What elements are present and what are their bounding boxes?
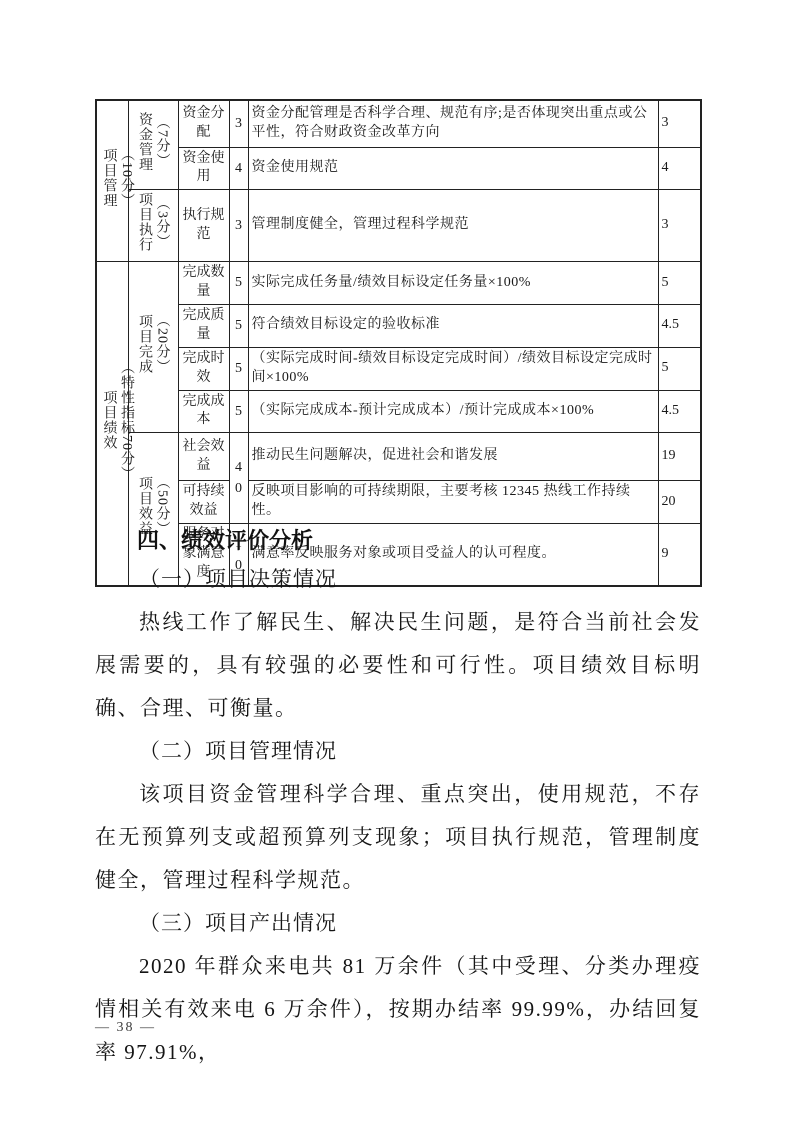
score-cell: 3 (658, 100, 701, 147)
indicator-cell: 完成质量 (178, 304, 229, 347)
weight-value: 4 (233, 158, 244, 180)
weight-value: 5 (233, 358, 244, 380)
criteria-cell: 符合绩效目标设定的验收标准 (248, 304, 658, 347)
weight-value: 5 (233, 272, 244, 294)
performance-score-table: 项目管理 （10分） 资金管理 （7分） 资金分配 3 资金分配管理是否科学合理… (95, 99, 702, 587)
table-row: 资金使用 4 资金使用规范 4 (96, 147, 701, 190)
level2-name: 项目完成 (136, 313, 154, 374)
table-row: 项目绩效 （特性指标70分） 项目完成 （20分） 完成数量 5 实际完成任务量… (96, 262, 701, 305)
level2-score: （20分） (153, 313, 171, 374)
analysis-section: 四、绩效评价分析 （一）项目决策情况 热线工作了解民生、解决民生问题，是符合当前… (95, 524, 701, 1074)
weight-value: 5 (233, 315, 244, 337)
table-row: 项目管理 （10分） 资金管理 （7分） 资金分配 3 资金分配管理是否科学合理… (96, 100, 701, 147)
indicator-cell: 可持续效益 (178, 481, 229, 524)
table-row: 项目执行 （3分） 执行规范 3 管理制度健全，管理过程科学规范 3 (96, 190, 701, 262)
paragraph-decision: 热线工作了解民生、解决民生问题，是符合当前社会发展需要的，具有较强的必要性和可行… (95, 601, 701, 730)
page-number: — 38 — (95, 1020, 156, 1036)
subsection-title-output: （三）项目产出情况 (95, 902, 701, 945)
level2-name: 资金管理 (136, 112, 154, 172)
weight-cell: 5 (229, 262, 248, 305)
paragraph-output: 2020 年群众来电共 81 万余件（其中受理、分类办理疫情相关有效来电 6 万… (95, 945, 701, 1074)
level1-name: 项目绩效 (100, 360, 118, 481)
criteria-cell: 资金分配管理是否科学合理、规范有序;是否体现突出重点或公平性，符合财政资金改革方… (248, 100, 658, 147)
criteria-cell: 推动民生问题解决，促进社会和谐发展 (248, 433, 658, 481)
vertical-label: 项目管理 （10分） (100, 147, 135, 208)
weight-cell: 4 (229, 147, 248, 190)
weight-value: 3 (233, 113, 244, 135)
indicator-cell: 完成成本 (178, 390, 229, 433)
weight-cell: 5 (229, 347, 248, 390)
table-row: 完成成本 5 （实际完成成本-预计完成成本）/预计完成成本×100% 4.5 (96, 390, 701, 433)
weight-cell-merged: 40 (229, 433, 248, 524)
criteria-cell: 实际完成任务量/绩效目标设定任务量×100% (248, 262, 658, 305)
score-cell: 4 (658, 147, 701, 190)
document-page: 项目管理 （10分） 资金管理 （7分） 资金分配 3 资金分配管理是否科学合理… (0, 0, 793, 1122)
indicator-cell: 资金分配 (178, 100, 229, 147)
weight-cell: 5 (229, 304, 248, 347)
weight-cell: 5 (229, 390, 248, 433)
indicator-cell: 社会效益 (178, 433, 229, 481)
level1-cell-project-management: 项目管理 （10分） (96, 100, 128, 262)
level2-cell-fund-management: 资金管理 （7分） (128, 100, 178, 190)
vertical-label: 资金管理 （7分） (136, 112, 171, 172)
score-cell: 20 (658, 481, 701, 524)
level1-score: （10分） (118, 147, 136, 208)
criteria-cell: 管理制度健全，管理过程科学规范 (248, 190, 658, 262)
level2-cell-project-completion: 项目完成 （20分） (128, 262, 178, 433)
score-cell: 3 (658, 190, 701, 262)
subsection-title-decision: （一）项目决策情况 (95, 558, 701, 601)
score-cell: 4.5 (658, 304, 701, 347)
criteria-cell: （实际完成时间-绩效目标设定完成时间）/绩效目标设定完成时间×100% (248, 347, 658, 390)
score-cell: 19 (658, 433, 701, 481)
table-row: 完成质量 5 符合绩效目标设定的验收标准 4.5 (96, 304, 701, 347)
indicator-cell: 完成数量 (178, 262, 229, 305)
table-row: 完成时效 5 （实际完成时间-绩效目标设定完成时间）/绩效目标设定完成时间×10… (96, 347, 701, 390)
level2-score: （3分） (153, 192, 171, 252)
table-row: 可持续效益 反映项目影响的可持续期限，主要考核 12345 热线工作持续性。 2… (96, 481, 701, 524)
indicator-cell: 执行规范 (178, 190, 229, 262)
level2-name: 项目执行 (136, 192, 154, 252)
score-cell: 5 (658, 347, 701, 390)
indicator-cell: 资金使用 (178, 147, 229, 190)
level2-cell-project-execution: 项目执行 （3分） (128, 190, 178, 262)
level2-score: （7分） (153, 112, 171, 172)
vertical-label: 项目执行 （3分） (136, 192, 171, 252)
subsection-title-management: （二）项目管理情况 (95, 730, 701, 773)
level1-score: （特性指标70分） (118, 360, 136, 481)
criteria-cell: 反映项目影响的可持续期限，主要考核 12345 热线工作持续性。 (248, 481, 658, 524)
indicator-cell: 完成时效 (178, 347, 229, 390)
paragraph-management: 该项目资金管理科学合理、重点突出，使用规范，不存在无预算列支或超预算列支现象；项… (95, 773, 701, 902)
vertical-label: 项目绩效 （特性指标70分） (100, 360, 135, 481)
section-heading: 四、绩效评价分析 (95, 524, 701, 558)
weight-value: 40 (233, 457, 244, 500)
score-cell: 5 (658, 262, 701, 305)
criteria-cell: （实际完成成本-预计完成成本）/预计完成成本×100% (248, 390, 658, 433)
weight-value: 3 (233, 215, 244, 237)
weight-cell: 3 (229, 190, 248, 262)
weight-value: 5 (233, 401, 244, 423)
criteria-cell: 资金使用规范 (248, 147, 658, 190)
table-row: 项目效益 （50分） 社会效益 40 推动民生问题解决，促进社会和谐发展 19 (96, 433, 701, 481)
level1-name: 项目管理 (100, 147, 118, 208)
vertical-label: 项目完成 （20分） (136, 313, 171, 374)
score-cell: 4.5 (658, 390, 701, 433)
weight-cell: 3 (229, 100, 248, 147)
